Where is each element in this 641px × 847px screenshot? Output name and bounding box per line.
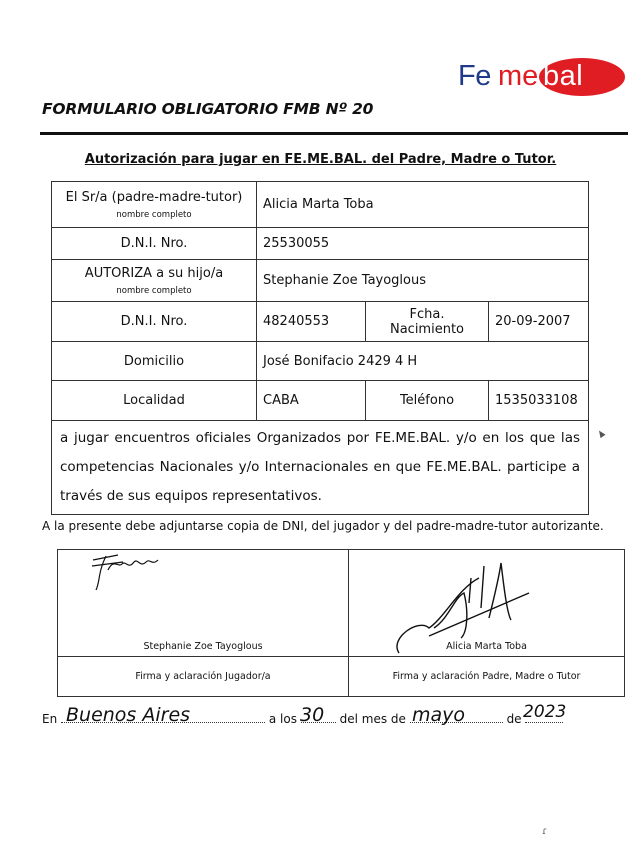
address-label: Domicilio [52,342,257,381]
child-label-cell: AUTORIZA a su hijo/a nombre completo [52,260,257,302]
child-dni-label: D.N.I. Nro. [52,302,257,342]
child-label: AUTORIZA a su hijo/a [85,266,223,281]
authorization-text: a jugar encuentros oficiales Organizados… [52,421,589,515]
authorization-table: El Sr/a (padre-madre-tutor) nombre compl… [51,181,589,515]
mouse-cursor-icon [597,429,606,438]
attachment-note: A la presente debe adjuntarse copia de D… [42,519,604,533]
handwritten-city: Buenos Aires [66,704,190,726]
birth-date-label: Fcha. Nacimiento [366,302,489,342]
table-row: Domicilio José Bonifacio 2429 4 H [52,342,589,381]
header-divider [40,132,628,135]
en-label: En [42,712,57,726]
femebal-logo: Fe me bal [458,58,626,96]
del-mes-de-label: del mes de [340,712,406,726]
city-label: Localidad [52,381,257,421]
guardian-dni-field[interactable]: 25530055 [257,228,589,260]
table-row: El Sr/a (padre-madre-tutor) nombre compl… [52,182,589,228]
handwritten-year: 2023 [523,702,566,722]
table-row: a jugar encuentros oficiales Organizados… [52,421,589,515]
signatures-table: Stephanie Zoe Tayoglous Alicia Marta Tob… [57,549,625,697]
a-los-label: a los [269,712,297,726]
city-field[interactable]: CABA [257,381,366,421]
guardian-signature-cell[interactable]: Alicia Marta Toba [349,550,625,657]
phone-label: Teléfono [366,381,489,421]
caption-row: Firma y aclaración Jugador/a Firma y acl… [58,657,625,697]
guardian-name-field[interactable]: Alicia Marta Toba [257,182,589,228]
birth-date-field[interactable]: 20-09-2007 [489,302,589,342]
guardian-label: El Sr/a (padre-madre-tutor) [66,190,243,205]
handwritten-day: 30 [300,704,324,726]
logo-text-bal: bal [543,60,583,93]
handwritten-month: mayo [412,704,465,726]
table-row: D.N.I. Nro. 25530055 [52,228,589,260]
table-row: Localidad CABA Teléfono 1535033108 [52,381,589,421]
guardian-signature-caption: Firma y aclaración Padre, Madre o Tutor [349,657,625,697]
form-subtitle: Autorización para jugar en FE.ME.BAL. de… [0,152,641,167]
signature-row: Stephanie Zoe Tayoglous Alicia Marta Tob… [58,550,625,657]
phone-field[interactable]: 1535033108 [489,381,589,421]
guardian-sublabel: nombre completo [58,210,250,220]
de-label: de [507,712,522,726]
player-signature-caption: Firma y aclaración Jugador/a [58,657,349,697]
child-name-field[interactable]: Stephanie Zoe Tayoglous [257,260,589,302]
form-title: FORMULARIO OBLIGATORIO FMB Nº 20 [42,100,373,118]
player-signature-cell[interactable]: Stephanie Zoe Tayoglous [58,550,349,657]
guardian-label-cell: El Sr/a (padre-madre-tutor) nombre compl… [52,182,257,228]
logo-text-fe: Fe [458,60,491,93]
player-signature-icon [88,552,208,602]
address-field[interactable]: José Bonifacio 2429 4 H [257,342,589,381]
logo-text-me: me [498,60,538,93]
table-row: AUTORIZA a su hijo/a nombre completo Ste… [52,260,589,302]
child-dni-field[interactable]: 48240553 [257,302,366,342]
guardian-dni-label: D.N.I. Nro. [52,228,257,260]
stray-mark: ɾ [542,826,547,837]
table-row: D.N.I. Nro. 48240553 Fcha. Nacimiento 20… [52,302,589,342]
player-printed-name: Stephanie Zoe Tayoglous [59,641,347,655]
child-sublabel: nombre completo [58,286,250,296]
guardian-signature-icon [389,558,549,658]
